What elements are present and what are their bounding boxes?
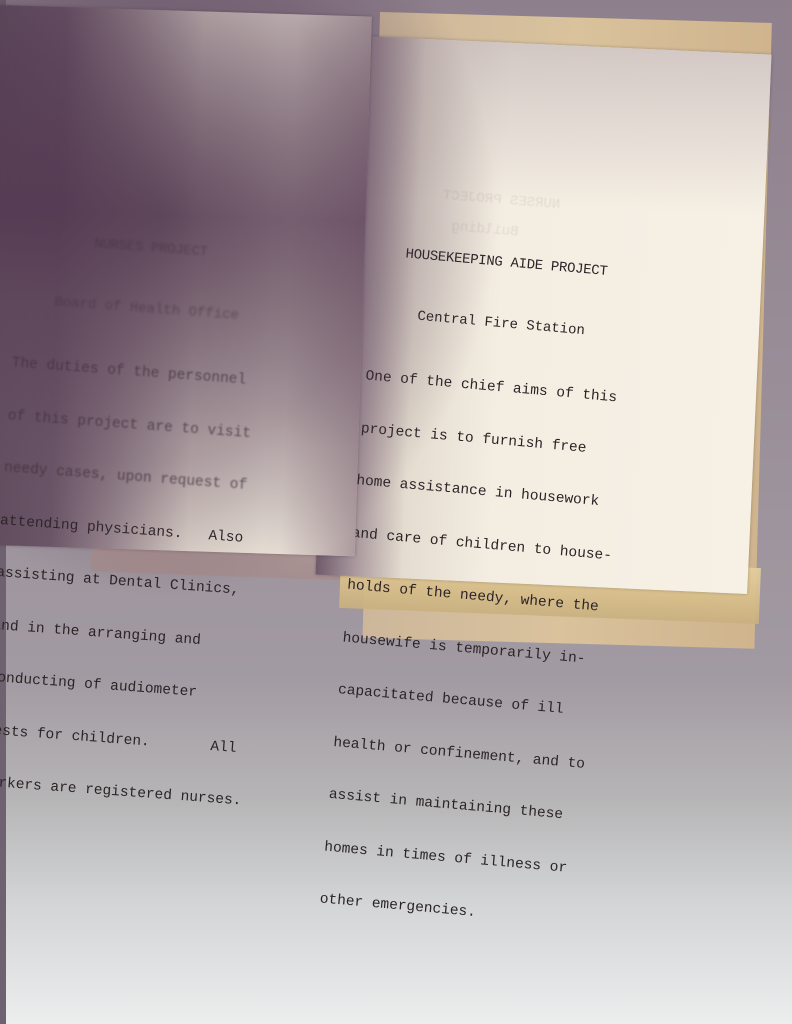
text-line: assisting at Dental Clinics,	[0, 565, 257, 602]
text-line: The duties of the personnel	[11, 355, 273, 392]
left-page-subtitle: Board of Health Office	[16, 291, 278, 328]
right-page: NURSES PROJECT Building HOUSEKEEPING AID…	[316, 35, 772, 594]
text-line: other emergencies.	[319, 891, 581, 931]
text-line: assist in maintaining these	[328, 787, 590, 827]
text-line: holds of the needy, where the	[346, 578, 608, 618]
text-line: One of the chief aims of this	[365, 368, 627, 408]
text-line: and in the arranging and	[0, 617, 253, 654]
text-line: workers are registered nurses.	[0, 774, 242, 811]
text-line: tests for children. All	[0, 722, 246, 759]
text-line: conducting of audiometer	[0, 670, 250, 707]
text-line: capacitated because of ill	[337, 682, 599, 722]
text-line: housewife is temporarily in-	[342, 630, 604, 670]
text-line: project is to furnish free	[360, 421, 622, 461]
right-page-subtitle: Central Fire Station	[370, 304, 632, 344]
text-line: homes in times of illness or	[323, 839, 585, 879]
text-line: and care of children to house-	[351, 525, 613, 565]
text-line: attending physicians. Also	[0, 512, 261, 549]
text-line: health or confinement, and to	[333, 734, 595, 774]
left-page-text: NURSES PROJECT Board of Health Office Th…	[0, 196, 284, 846]
left-page-title: NURSES PROJECT	[20, 231, 282, 268]
right-page-title: HOUSEKEEPING AIDE PROJECT	[376, 244, 638, 284]
text-line: home assistance in housework	[356, 473, 618, 513]
text-line: needy cases, upon request of	[3, 460, 265, 497]
left-page: NURSES PROJECT Board of Health Office Th…	[0, 5, 372, 556]
text-line: of this project are to visit	[7, 408, 269, 445]
